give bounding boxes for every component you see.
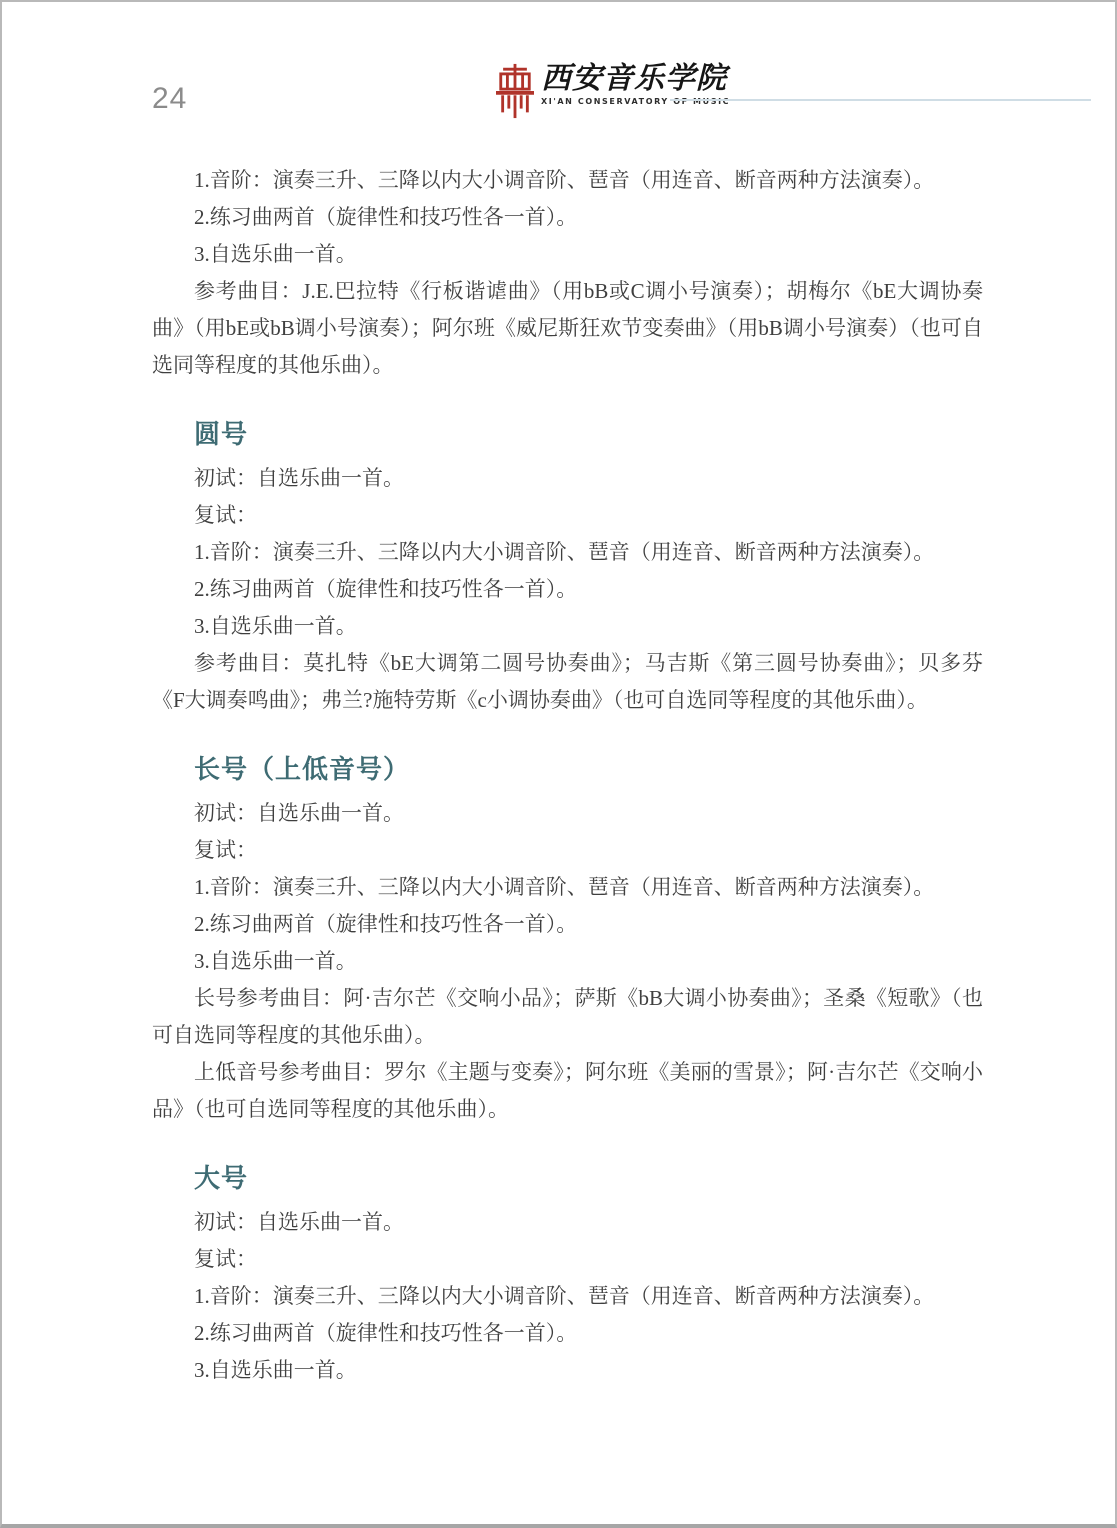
etudes-item: 2.练习曲两首（旋律性和技巧性各一首）。 [152,199,983,236]
prelim-round-line: 初试：自选乐曲一首。 [152,795,983,832]
solo-item: 3.自选乐曲一首。 [152,1352,983,1389]
section-french-horn: 圆号 初试：自选乐曲一首。 复试： 1.音阶：演奏三升、三降以内大小调音阶、琶音… [152,414,983,719]
horn-repertoire: 参考曲目：莫扎特《bE大调第二圆号协奏曲》；马吉斯《第三圆号协奏曲》；贝多芬《F… [152,645,983,719]
section-heading-french-horn: 圆号 [152,414,983,454]
section-heading-trombone: 长号（上低音号） [152,749,983,789]
document-page: 24 西安音乐学院 XI'AN CONSERVATORY OF MUSIC [0,0,1117,1528]
section-tuba: 大号 初试：自选乐曲一首。 复试： 1.音阶：演奏三升、三降以内大小调音阶、琶音… [152,1158,983,1389]
scales-item: 1.音阶：演奏三升、三降以内大小调音阶、琶音（用连音、断音两种方法演奏）。 [152,1278,983,1315]
section-trumpet-continued: 1.音阶：演奏三升、三降以内大小调音阶、琶音（用连音、断音两种方法演奏）。 2.… [152,162,983,384]
final-round-line: 复试： [152,832,983,869]
final-round-line: 复试： [152,497,983,534]
conservatory-logo: 西安音乐学院 XI'AN CONSERVATORY OF MUSIC [496,62,730,120]
page-content: 1.音阶：演奏三升、三降以内大小调音阶、琶音（用连音、断音两种方法演奏）。 2.… [152,162,983,1389]
etudes-item: 2.练习曲两首（旋律性和技巧性各一首）。 [152,1315,983,1352]
etudes-item: 2.练习曲两首（旋律性和技巧性各一首）。 [152,906,983,943]
prelim-round-line: 初试：自选乐曲一首。 [152,460,983,497]
scales-item: 1.音阶：演奏三升、三降以内大小调音阶、琶音（用连音、断音两种方法演奏）。 [152,869,983,906]
solo-item: 3.自选乐曲一首。 [152,608,983,645]
page-number: 24 [152,82,187,116]
final-round-line: 复试： [152,1241,983,1278]
prelim-round-line: 初试：自选乐曲一首。 [152,1204,983,1241]
scales-item: 1.音阶：演奏三升、三降以内大小调音阶、琶音（用连音、断音两种方法演奏）。 [152,534,983,571]
header-divider-line [670,99,1091,101]
etudes-item: 2.练习曲两首（旋律性和技巧性各一首）。 [152,571,983,608]
trombone-repertoire: 长号参考曲目：阿·吉尔芒《交响小品》；萨斯《bB大调小协奏曲》；圣桑《短歌》（也… [152,980,983,1054]
solo-item: 3.自选乐曲一首。 [152,943,983,980]
conservatory-name-chinese: 西安音乐学院 [541,62,730,96]
scales-item: 1.音阶：演奏三升、三降以内大小调音阶、琶音（用连音、断音两种方法演奏）。 [152,162,983,199]
euphonium-repertoire: 上低音号参考曲目：罗尔《主题与变奏》；阿尔班《美丽的雪景》；阿·吉尔芒《交响小品… [152,1054,983,1128]
solo-item: 3.自选乐曲一首。 [152,236,983,273]
section-trombone-euphonium: 长号（上低音号） 初试：自选乐曲一首。 复试： 1.音阶：演奏三升、三降以内大小… [152,749,983,1128]
trumpet-repertoire: 参考曲目：J.E.巴拉特《行板谐谑曲》（用bB或C调小号演奏）；胡梅尔《bE大调… [152,273,983,384]
section-heading-tuba: 大号 [152,1158,983,1198]
conservatory-seal-icon [496,62,534,120]
